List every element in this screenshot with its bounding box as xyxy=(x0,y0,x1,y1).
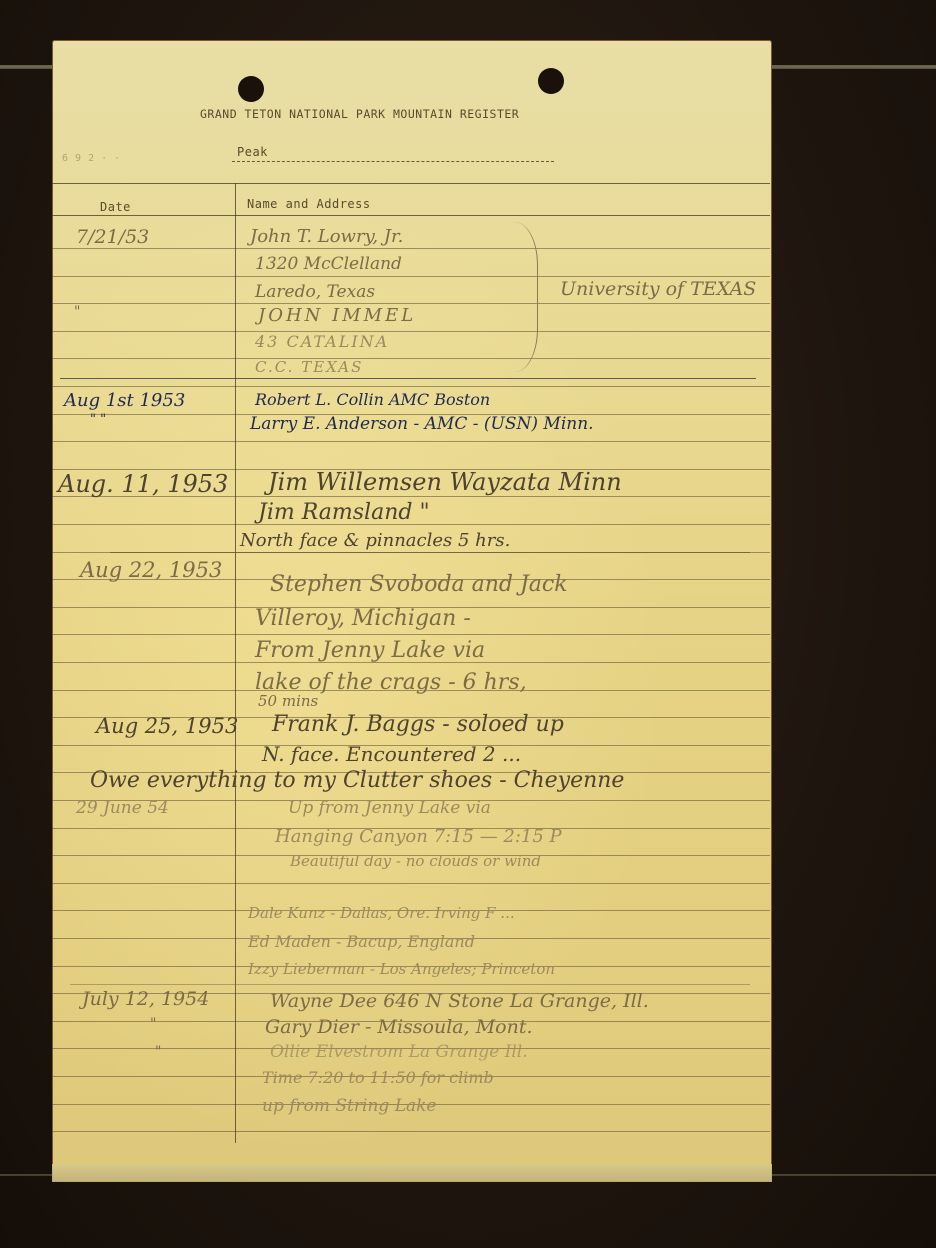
sheet-bottom-edge xyxy=(52,1164,772,1182)
entry-line: Larry E. Anderson - AMC - (USN) Minn. xyxy=(250,414,594,434)
entry-line: Time 7:20 to 11:50 for climb xyxy=(262,1068,494,1087)
entry-line: C.C. TEXAS xyxy=(255,358,363,376)
entry-line: Frank J. Baggs - soloed up xyxy=(272,712,564,737)
grouping-brace xyxy=(515,222,538,372)
ruled-line xyxy=(52,386,770,387)
entry-line: 50 mins xyxy=(258,692,318,710)
entry-line: N. face. Encountered 2 ... xyxy=(262,742,521,766)
ruled-line xyxy=(52,358,770,359)
entry-date: Aug 22, 1953 xyxy=(80,558,222,582)
register-title: GRAND TETON NATIONAL PARK MOUNTAIN REGIS… xyxy=(200,107,519,121)
ruled-line xyxy=(52,248,770,249)
entry-line: Ed Maden - Bacup, England xyxy=(248,932,475,951)
ruled-line xyxy=(52,634,770,635)
entry-line: Dale Kunz - Dallas, Ore. Irving F ... xyxy=(248,904,515,922)
entry-line: up from String Lake xyxy=(262,1096,436,1116)
affiliation-note: University of TEXAS xyxy=(560,278,756,300)
peak-label: Peak xyxy=(237,145,268,159)
ruled-line xyxy=(52,331,770,332)
entry-line: Villeroy, Michigan - xyxy=(255,606,471,631)
column-divider xyxy=(235,183,236,1143)
entry-line: Jim Ramsland " xyxy=(258,500,430,525)
punch-hole-right xyxy=(538,68,564,94)
punch-hole-left xyxy=(238,76,264,102)
entry-date: Aug 1st 1953 xyxy=(64,390,185,411)
entry-line: Jim Willemsen Wayzata Minn xyxy=(268,468,622,496)
faint-corner-mark: 6 9 2 · · xyxy=(62,153,121,164)
ruled-line xyxy=(52,883,770,884)
column-header-date: Date xyxy=(100,200,131,214)
entry-line: Hanging Canyon 7:15 — 2:15 P xyxy=(275,826,562,847)
separator-stroke xyxy=(70,984,750,985)
entry-line: Stephen Svoboda and Jack xyxy=(270,572,568,597)
entry-line: Owe everything to my Clutter shoes - Che… xyxy=(90,768,624,793)
separator-stroke xyxy=(110,552,750,553)
entry-line: Gary Dier - Missoula, Mont. xyxy=(265,1016,533,1038)
ruled-line xyxy=(52,276,770,277)
header-rule-top xyxy=(52,183,770,184)
entry-line: Robert L. Collin AMC Boston xyxy=(255,390,490,409)
entry-date: Aug 25, 1953 xyxy=(96,714,238,738)
entry-date-ditto: " " xyxy=(90,412,106,427)
column-header-name-address: Name and Address xyxy=(247,197,371,211)
entry-line: 1320 McClelland xyxy=(255,254,402,274)
entry-line: 43 CATALINA xyxy=(255,332,389,351)
peak-underline xyxy=(232,161,554,162)
entry-date-ditto: " xyxy=(74,304,80,320)
entry-line: Wayne Dee 646 N Stone La Grange, Ill. xyxy=(270,990,649,1012)
entry-line: Beautiful day - no clouds or wind xyxy=(290,852,541,870)
entry-date: July 12, 1954 xyxy=(82,988,209,1010)
entry-date-ditto: " xyxy=(155,1044,161,1060)
entry-line: John T. Lowry, Jr. xyxy=(250,226,403,247)
entry-line: From Jenny Lake via xyxy=(255,638,485,663)
entry-line: Izzy Lieberman - Los Angeles; Princeton xyxy=(248,960,555,978)
separator-stroke xyxy=(60,378,756,379)
header-rule-bottom xyxy=(52,215,770,216)
ruled-line xyxy=(52,1131,770,1132)
entry-date-ditto: " xyxy=(150,1016,156,1032)
ruled-line xyxy=(52,441,770,442)
entry-line: JOHN IMMEL xyxy=(258,305,416,326)
entry-line: Laredo, Texas xyxy=(255,282,375,302)
entry-date: 7/21/53 xyxy=(76,226,149,248)
entry-line: Up from Jenny Lake via xyxy=(288,798,491,818)
entry-line: North face & pinnacles 5 hrs. xyxy=(240,530,510,551)
entry-date: 29 June 54 xyxy=(76,798,169,818)
ruled-line xyxy=(52,303,770,304)
entry-date: Aug. 11, 1953 xyxy=(58,470,228,498)
entry-line: Ollie Elvestrom La Grange Ill. xyxy=(270,1042,528,1062)
